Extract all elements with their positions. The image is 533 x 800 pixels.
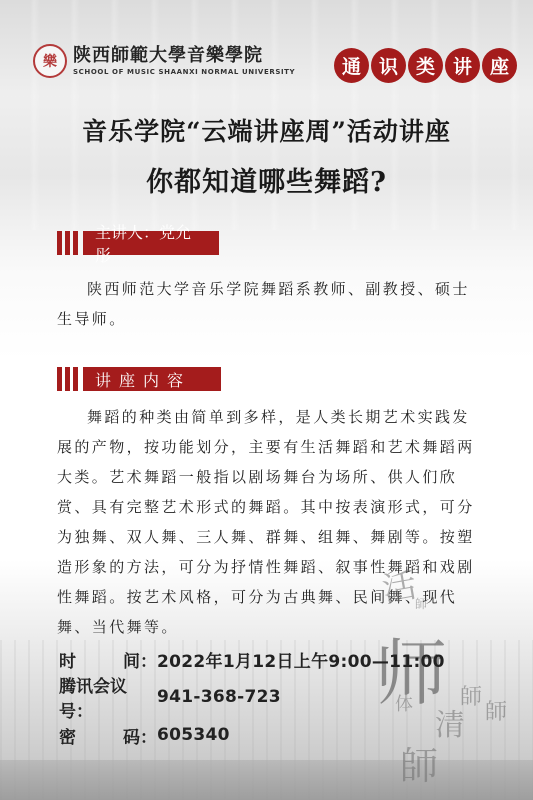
speaker-section-header: 主讲人：党允彤	[57, 231, 219, 255]
decor-bar	[73, 231, 78, 255]
password-label: 密 码：	[59, 723, 157, 748]
decor-bar	[57, 231, 62, 255]
speaker-bio: 陕西师范大学音乐学院舞蹈系教师、副教授、硕士生导师。	[57, 274, 482, 334]
logo-english-name: SCHOOL OF MUSIC SHAANXI NORMAL UNIVERSIT…	[73, 68, 295, 76]
lecture-category-badge: 通 识 类 讲 座	[334, 48, 517, 83]
meeting-label: 腾讯会议号：	[59, 672, 157, 722]
password-row: 密 码： 605340	[59, 716, 445, 754]
meeting-row: 腾讯会议号： 941-368-723	[59, 678, 445, 716]
badge-char: 通	[334, 48, 369, 83]
lecture-title: 你都知道哪些舞蹈?	[0, 160, 533, 199]
meeting-id: 941-368-723	[157, 687, 281, 707]
badge-char: 识	[371, 48, 406, 83]
logo-text: 陕西師範大學音樂學院 SCHOOL OF MUSIC SHAANXI NORMA…	[73, 46, 295, 76]
calligraphy-watermark: 師	[485, 695, 507, 726]
logo-chinese-name: 陕西師範大學音樂學院	[73, 46, 295, 66]
decor-bar	[65, 367, 70, 391]
badge-char: 讲	[445, 48, 480, 83]
decor-bar	[73, 367, 78, 391]
event-info: 时 间： 2022年1月12日上午9:00—11:00 腾讯会议号： 941-3…	[59, 640, 445, 754]
school-logo: 樂 陕西師範大學音樂學院 SCHOOL OF MUSIC SHAANXI NOR…	[33, 44, 295, 78]
event-title: 音乐学院“云端讲座周”活动讲座	[0, 112, 533, 148]
school-seal-icon: 樂	[33, 44, 67, 78]
decor-bar	[57, 367, 62, 391]
badge-char: 座	[482, 48, 517, 83]
content-label: 讲座内容	[83, 367, 221, 391]
background-road	[0, 760, 533, 800]
badge-char: 类	[408, 48, 443, 83]
content-section-header: 讲座内容	[57, 367, 221, 391]
decor-bar	[65, 231, 70, 255]
speaker-label: 主讲人：党允彤	[83, 231, 219, 255]
calligraphy-watermark: 師	[415, 595, 427, 612]
time-label: 时 间：	[59, 647, 157, 672]
time-value: 2022年1月12日上午9:00—11:00	[157, 647, 445, 672]
password-value: 605340	[157, 725, 230, 745]
